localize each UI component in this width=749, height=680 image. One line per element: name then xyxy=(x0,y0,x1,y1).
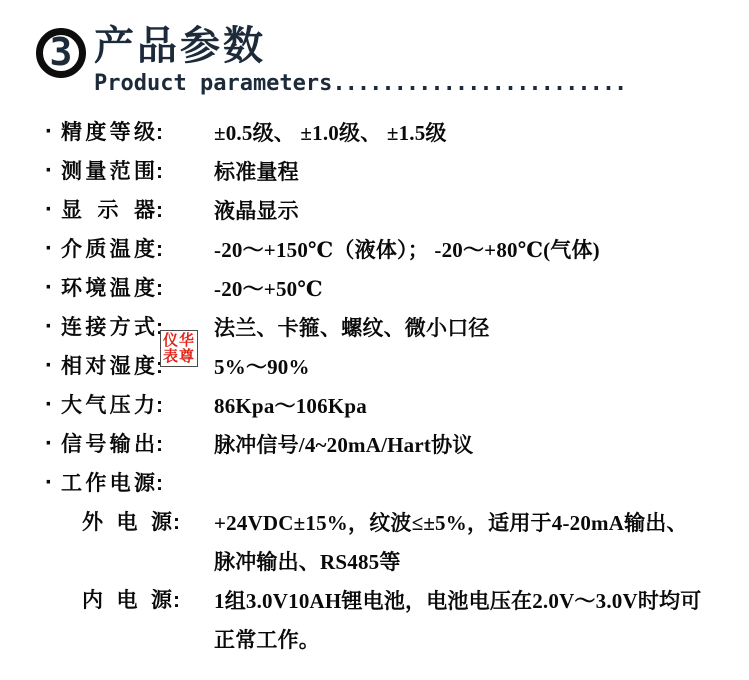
spec-list: · 精度等级 : ±0.5级、 ±1.0级、 ±1.5级 · 测量范围 : 标准… xyxy=(0,122,749,651)
spec-value: -20～+150℃（液体）； -20～+80℃(气体) xyxy=(214,239,600,261)
spec-label: 介质温度 xyxy=(61,239,155,261)
spec-value: 标准量程 xyxy=(214,161,299,183)
bullet-icon: · xyxy=(45,317,61,337)
spec-value: 5%～90% xyxy=(214,356,310,378)
spec-value: ±0.5级、 ±1.0级、 ±1.5级 xyxy=(214,122,447,144)
spec-label: 精度等级 xyxy=(61,122,155,144)
spec-colon: : xyxy=(156,200,163,222)
spec-label: 外电源 xyxy=(82,512,172,534)
spec-colon: : xyxy=(156,161,163,183)
spec-value-line1: +24VDC±15%，纹波≤±5%，适用于4-20mA输出、 xyxy=(214,511,688,535)
bullet-icon: · xyxy=(45,434,61,454)
spec-colon: : xyxy=(156,473,163,495)
spec-row-medium-temp: · 介质温度 : -20～+150℃（液体）； -20～+80℃(气体) xyxy=(45,239,729,261)
spec-value: 脉冲信号/4~20mA/Hart协议 xyxy=(214,434,474,456)
spec-label: 信号输出 xyxy=(61,434,155,456)
bullet-icon: · xyxy=(45,161,61,181)
spec-label: 测量范围 xyxy=(61,161,155,183)
spec-label: 大气压力 xyxy=(61,395,155,417)
spec-row-range: · 测量范围 : 标准量程 xyxy=(45,161,729,183)
spec-row-ambient-temp: · 环境温度 : -20～+50℃ xyxy=(45,278,729,300)
red-stamp-watermark: 仪华 表尊 xyxy=(160,330,198,367)
spec-label: 相对湿度 xyxy=(61,356,155,378)
spec-value: 86Kpa～106Kpa xyxy=(214,395,367,417)
spec-row-display: · 显示器 : 液晶显示 xyxy=(45,200,729,222)
spec-label: 内电源 xyxy=(82,590,172,612)
spec-row-connection: · 连接方式 : 法兰、卡箍、螺纹、微小口径 xyxy=(45,317,729,339)
page-subtitle: Product parameters xyxy=(94,71,332,96)
spec-colon: : xyxy=(173,512,180,534)
bullet-icon: · xyxy=(45,356,61,376)
spec-value: 液晶显示 xyxy=(214,200,299,222)
spec-row-pressure: · 大气压力 : 86Kpa～106Kpa xyxy=(45,395,729,417)
watermark-line2: 表尊 xyxy=(163,349,195,365)
spec-row-accuracy: · 精度等级 : ±0.5级、 ±1.0级、 ±1.5级 xyxy=(45,122,729,144)
document-page: 3 产品参数 Product parameters...............… xyxy=(0,0,749,680)
bullet-icon: · xyxy=(45,239,61,259)
section-header: 3 产品参数 Product parameters...............… xyxy=(0,0,749,96)
page-subtitle-line: Product parameters......................… xyxy=(94,71,626,96)
spec-label: 连接方式 xyxy=(61,317,155,339)
spec-colon: : xyxy=(156,278,163,300)
spec-colon: : xyxy=(156,434,163,456)
spec-colon: : xyxy=(156,239,163,261)
bullet-icon: · xyxy=(45,200,61,220)
spec-row-humidity: · 相对湿度 : 5%～90% xyxy=(45,356,729,378)
section-number: 3 xyxy=(50,33,73,71)
spec-row-internal-power: · 内电源 : 1组3.0V10AH锂电池，电池电压在2.0V～3.0V时均可正… xyxy=(45,590,729,651)
spec-colon: : xyxy=(173,590,180,612)
bullet-icon: · xyxy=(45,122,61,142)
spec-value: 法兰、卡箍、螺纹、微小口径 xyxy=(214,317,490,339)
spec-label: 工作电源 xyxy=(61,473,155,495)
spec-value-line2: 脉冲输出、RS485等 xyxy=(214,551,688,573)
watermark-line1: 仪华 xyxy=(163,333,195,349)
bullet-icon: · xyxy=(45,278,61,298)
spec-row-external-power: · 外电源 : +24VDC±15%，纹波≤±5%，适用于4-20mA输出、脉冲… xyxy=(45,512,729,573)
spec-row-signal-output: · 信号输出 : 脉冲信号/4~20mA/Hart协议 xyxy=(45,434,729,456)
spec-value: -20～+50℃ xyxy=(214,278,323,300)
page-title: 产品参数 xyxy=(94,26,626,66)
spec-label: 环境温度 xyxy=(61,278,155,300)
spec-colon: : xyxy=(156,395,163,417)
spec-value-line1: 1组3.0V10AH锂电池，电池电压在2.0V～3.0V时均可 xyxy=(214,589,701,613)
spec-value: +24VDC±15%，纹波≤±5%，适用于4-20mA输出、脉冲输出、RS485… xyxy=(214,512,688,573)
spec-value: 1组3.0V10AH锂电池，电池电压在2.0V～3.0V时均可正常工作。 xyxy=(214,590,701,651)
bullet-icon: · xyxy=(45,395,61,415)
bullet-icon: · xyxy=(45,473,61,493)
leader-dots: ........................ xyxy=(332,71,626,96)
spec-row-power-supply: · 工作电源 : xyxy=(45,473,729,495)
section-number-badge: 3 xyxy=(36,28,86,78)
header-title-column: 产品参数 Product parameters.................… xyxy=(94,26,626,96)
spec-value-line2: 正常工作。 xyxy=(214,629,701,651)
spec-label: 显示器 xyxy=(61,200,155,222)
spec-colon: : xyxy=(156,122,163,144)
